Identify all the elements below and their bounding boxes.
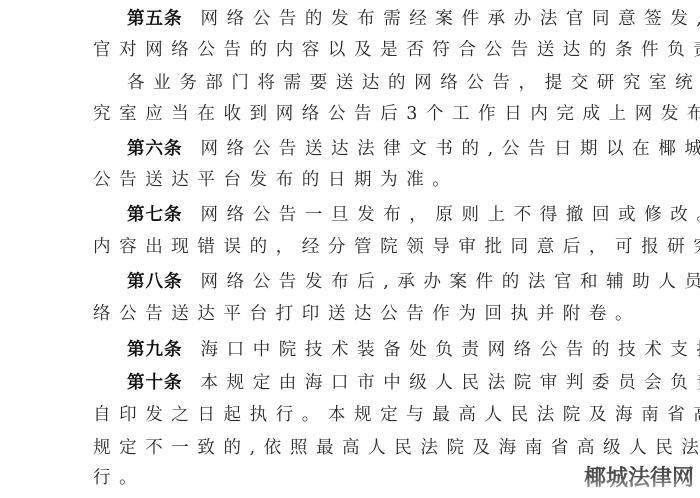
article-6-heading: 第六条 xyxy=(127,139,183,159)
paragraph-text-1: 各业务部门将需要送达的网络公告，提交研究室统一发布，研 xyxy=(127,73,700,93)
article-10-line-3: 规定不一致的,依照最高人民法院及海南省高级人民法院的规定执 xyxy=(93,433,700,463)
article-8-heading: 第八条 xyxy=(127,272,183,292)
paragraph-text-2: 究室应当在收到网络公告后3个工作日内完成上网发布事宜。 xyxy=(93,104,700,124)
article-7-heading: 第七条 xyxy=(127,205,183,225)
article-10-text-2: 自印发之日起执行。本规定与最高人民法院及海南省高级人民法院 xyxy=(93,405,700,425)
article-6-line-1: 第六条网络公告送达法律文书的,公告日期以在椰城法律网 xyxy=(127,134,700,164)
article-5-text-2: 官对网络公告的内容以及是否符合公告送达的条件负责。 xyxy=(93,40,700,60)
article-6-line-2: 公告送达平台发布的日期为准。 xyxy=(93,165,458,195)
article-7-line-2: 内容出现错误的，经分管院领导审批同意后，可报研究室撤回。 xyxy=(93,232,700,262)
article-8-text-1: 网络公告发布后,承办案件的法官和辅助人员应从网 xyxy=(201,272,700,292)
article-10-text-4: 行。 xyxy=(93,468,145,488)
article-10-heading: 第十条 xyxy=(127,373,183,393)
article-10-text-3: 规定不一致的,依照最高人民法院及海南省高级人民法院的规定执 xyxy=(93,438,700,458)
article-9-line-1: 第九条海口中院技术装备处负责网络公告的技术支持。 xyxy=(127,335,700,365)
article-8-text-2: 络公告送达平台打印送达公告作为回执并附卷。 xyxy=(93,304,641,324)
article-10-line-1: 第十条本规定由海口市中级人民法院审判委员会负责解释, xyxy=(127,368,700,398)
article-10-line-4: 行。 xyxy=(93,463,145,493)
article-7-text-2: 内容出现错误的，经分管院领导审批同意后，可报研究室撤回。 xyxy=(93,237,700,257)
article-8-line-2: 络公告送达平台打印送达公告作为回执并附卷。 xyxy=(93,299,641,329)
article-6-text-2: 公告送达平台发布的日期为准。 xyxy=(93,170,458,190)
article-7-text-1: 网络公告一旦发布，原则上不得撤回或修改。如公告 xyxy=(201,205,700,225)
article-10-line-2: 自印发之日起执行。本规定与最高人民法院及海南省高级人民法院 xyxy=(93,400,700,430)
article-10-text-1: 本规定由海口市中级人民法院审判委员会负责解释, xyxy=(201,373,700,393)
article-5-heading: 第五条 xyxy=(127,9,183,29)
article-8-line-1: 第八条网络公告发布后,承办案件的法官和辅助人员应从网 xyxy=(127,267,700,297)
article-7-line-1: 第七条网络公告一旦发布，原则上不得撤回或修改。如公告 xyxy=(127,200,700,230)
article-6-text-1: 网络公告送达法律文书的,公告日期以在椰城法律网 xyxy=(201,139,700,159)
article-5-text-1: 网络公告的发布需经案件承办法官同意签发,承办法 xyxy=(201,9,700,29)
paragraph-line-1: 各业务部门将需要送达的网络公告，提交研究室统一发布，研 xyxy=(127,68,700,98)
article-5-line-1: 第五条网络公告的发布需经案件承办法官同意签发,承办法 xyxy=(127,4,700,34)
watermark-logo: 椰城法律网 xyxy=(584,461,694,492)
paragraph-line-2: 究室应当在收到网络公告后3个工作日内完成上网发布事宜。 xyxy=(93,99,700,129)
article-9-text-1: 海口中院技术装备处负责网络公告的技术支持。 xyxy=(201,340,700,360)
article-9-heading: 第九条 xyxy=(127,340,183,360)
article-5-line-2: 官对网络公告的内容以及是否符合公告送达的条件负责。 xyxy=(93,35,700,65)
